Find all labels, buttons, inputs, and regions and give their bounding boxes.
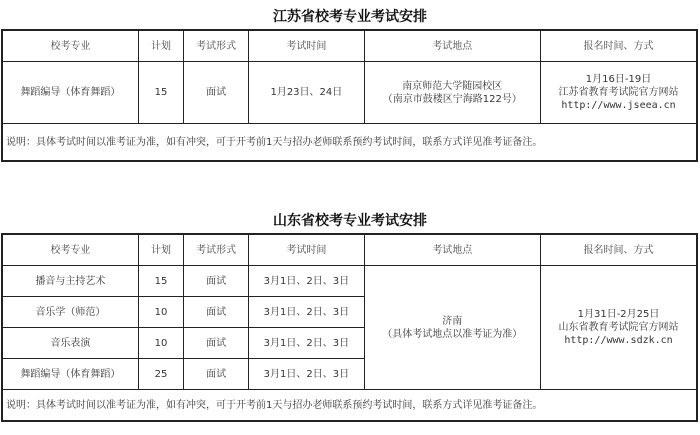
header-location: 考试地点 <box>364 234 541 266</box>
cell-form: 面试 <box>184 62 249 124</box>
header-form: 考试形式 <box>184 30 249 62</box>
table-row: 舞蹈编导（体育舞蹈） 15 面试 1月23日、24日 南京师范大学随园校区 （南… <box>2 62 697 124</box>
cell-major: 舞蹈编导（体育舞蹈） <box>2 359 138 390</box>
header-time: 考试时间 <box>249 234 364 266</box>
cell-registration: 1月31日-2月25日 山东省教育考试院官方网站 http://www.sdzk… <box>541 266 697 390</box>
cell-plan: 10 <box>138 297 183 328</box>
jiangsu-title: 江苏省校考专业考试安排 <box>0 6 700 26</box>
registration-url: http://www.jseea.cn <box>541 99 696 112</box>
registration-dates: 1月31日-2月25日 <box>541 308 696 321</box>
cell-plan: 25 <box>138 359 183 390</box>
cell-form: 面试 <box>184 266 249 297</box>
registration-method: 山东省教育考试院官方网站 <box>541 321 696 334</box>
cell-time: 3月1日、2日、3日 <box>249 297 364 328</box>
cell-time: 3月1日、2日、3日 <box>249 266 364 297</box>
note-row: 说明：具体考试时间以准考证为准，如有冲突，可于开考前1天与招办老师联系预约考试时… <box>2 390 697 422</box>
table-row: 播音与主持艺术 15 面试 3月1日、2日、3日 济南 （具体考试地点以准考证为… <box>2 266 697 297</box>
registration-dates: 1月16日-19日 <box>541 73 696 86</box>
cell-major: 播音与主持艺术 <box>2 266 138 297</box>
registration-url: http://www.sdzk.cn <box>541 334 696 347</box>
jiangsu-schedule-table: 校考专业 计划 考试形式 考试时间 考试地点 报名时间、方式 舞蹈编导（体育舞蹈… <box>1 29 698 162</box>
cell-location: 南京师范大学随园校区 （南京市鼓楼区宁海路122号） <box>364 62 541 124</box>
cell-major: 音乐学（师范） <box>2 297 138 328</box>
note-text: 说明：具体考试时间以准考证为准，如有冲突，可于开考前1天与招办老师联系预约考试时… <box>2 390 697 422</box>
location-line: （具体考试地点以准考证为准） <box>365 328 541 341</box>
header-plan: 计划 <box>138 30 183 62</box>
header-form: 考试形式 <box>184 234 249 266</box>
cell-location: 济南 （具体考试地点以准考证为准） <box>364 266 541 390</box>
cell-registration: 1月16日-19日 江苏省教育考试院官方网站 http://www.jseea.… <box>541 62 697 124</box>
note-text: 说明：具体考试时间以准考证为准，如有冲突，可于开考前1天与招办老师联系预约考试时… <box>2 124 697 162</box>
header-location: 考试地点 <box>364 30 541 62</box>
note-row: 说明：具体考试时间以准考证为准，如有冲突，可于开考前1天与招办老师联系预约考试时… <box>2 124 697 162</box>
cell-time: 1月23日、24日 <box>249 62 364 124</box>
shandong-schedule-table: 校考专业 计划 考试形式 考试时间 考试地点 报名时间、方式 播音与主持艺术 1… <box>1 233 698 422</box>
table-header-row: 校考专业 计划 考试形式 考试时间 考试地点 报名时间、方式 <box>2 234 697 266</box>
shandong-title: 山东省校考专业考试安排 <box>0 210 700 230</box>
location-line: 济南 <box>365 315 541 328</box>
cell-time: 3月1日、2日、3日 <box>249 359 364 390</box>
cell-major: 音乐表演 <box>2 328 138 359</box>
cell-plan: 10 <box>138 328 183 359</box>
registration-method: 江苏省教育考试院官方网站 <box>541 86 696 99</box>
header-plan: 计划 <box>138 234 183 266</box>
cell-major: 舞蹈编导（体育舞蹈） <box>2 62 138 124</box>
header-registration: 报名时间、方式 <box>541 234 697 266</box>
cell-form: 面试 <box>184 359 249 390</box>
cell-form: 面试 <box>184 328 249 359</box>
table-header-row: 校考专业 计划 考试形式 考试时间 考试地点 报名时间、方式 <box>2 30 697 62</box>
header-major: 校考专业 <box>2 30 138 62</box>
location-line: （南京市鼓楼区宁海路122号） <box>365 93 541 106</box>
cell-plan: 15 <box>138 266 183 297</box>
location-line: 南京师范大学随园校区 <box>365 80 541 93</box>
header-registration: 报名时间、方式 <box>541 30 697 62</box>
cell-plan: 15 <box>138 62 183 124</box>
header-time: 考试时间 <box>249 30 364 62</box>
cell-form: 面试 <box>184 297 249 328</box>
cell-time: 3月1日、2日、3日 <box>249 328 364 359</box>
header-major: 校考专业 <box>2 234 138 266</box>
